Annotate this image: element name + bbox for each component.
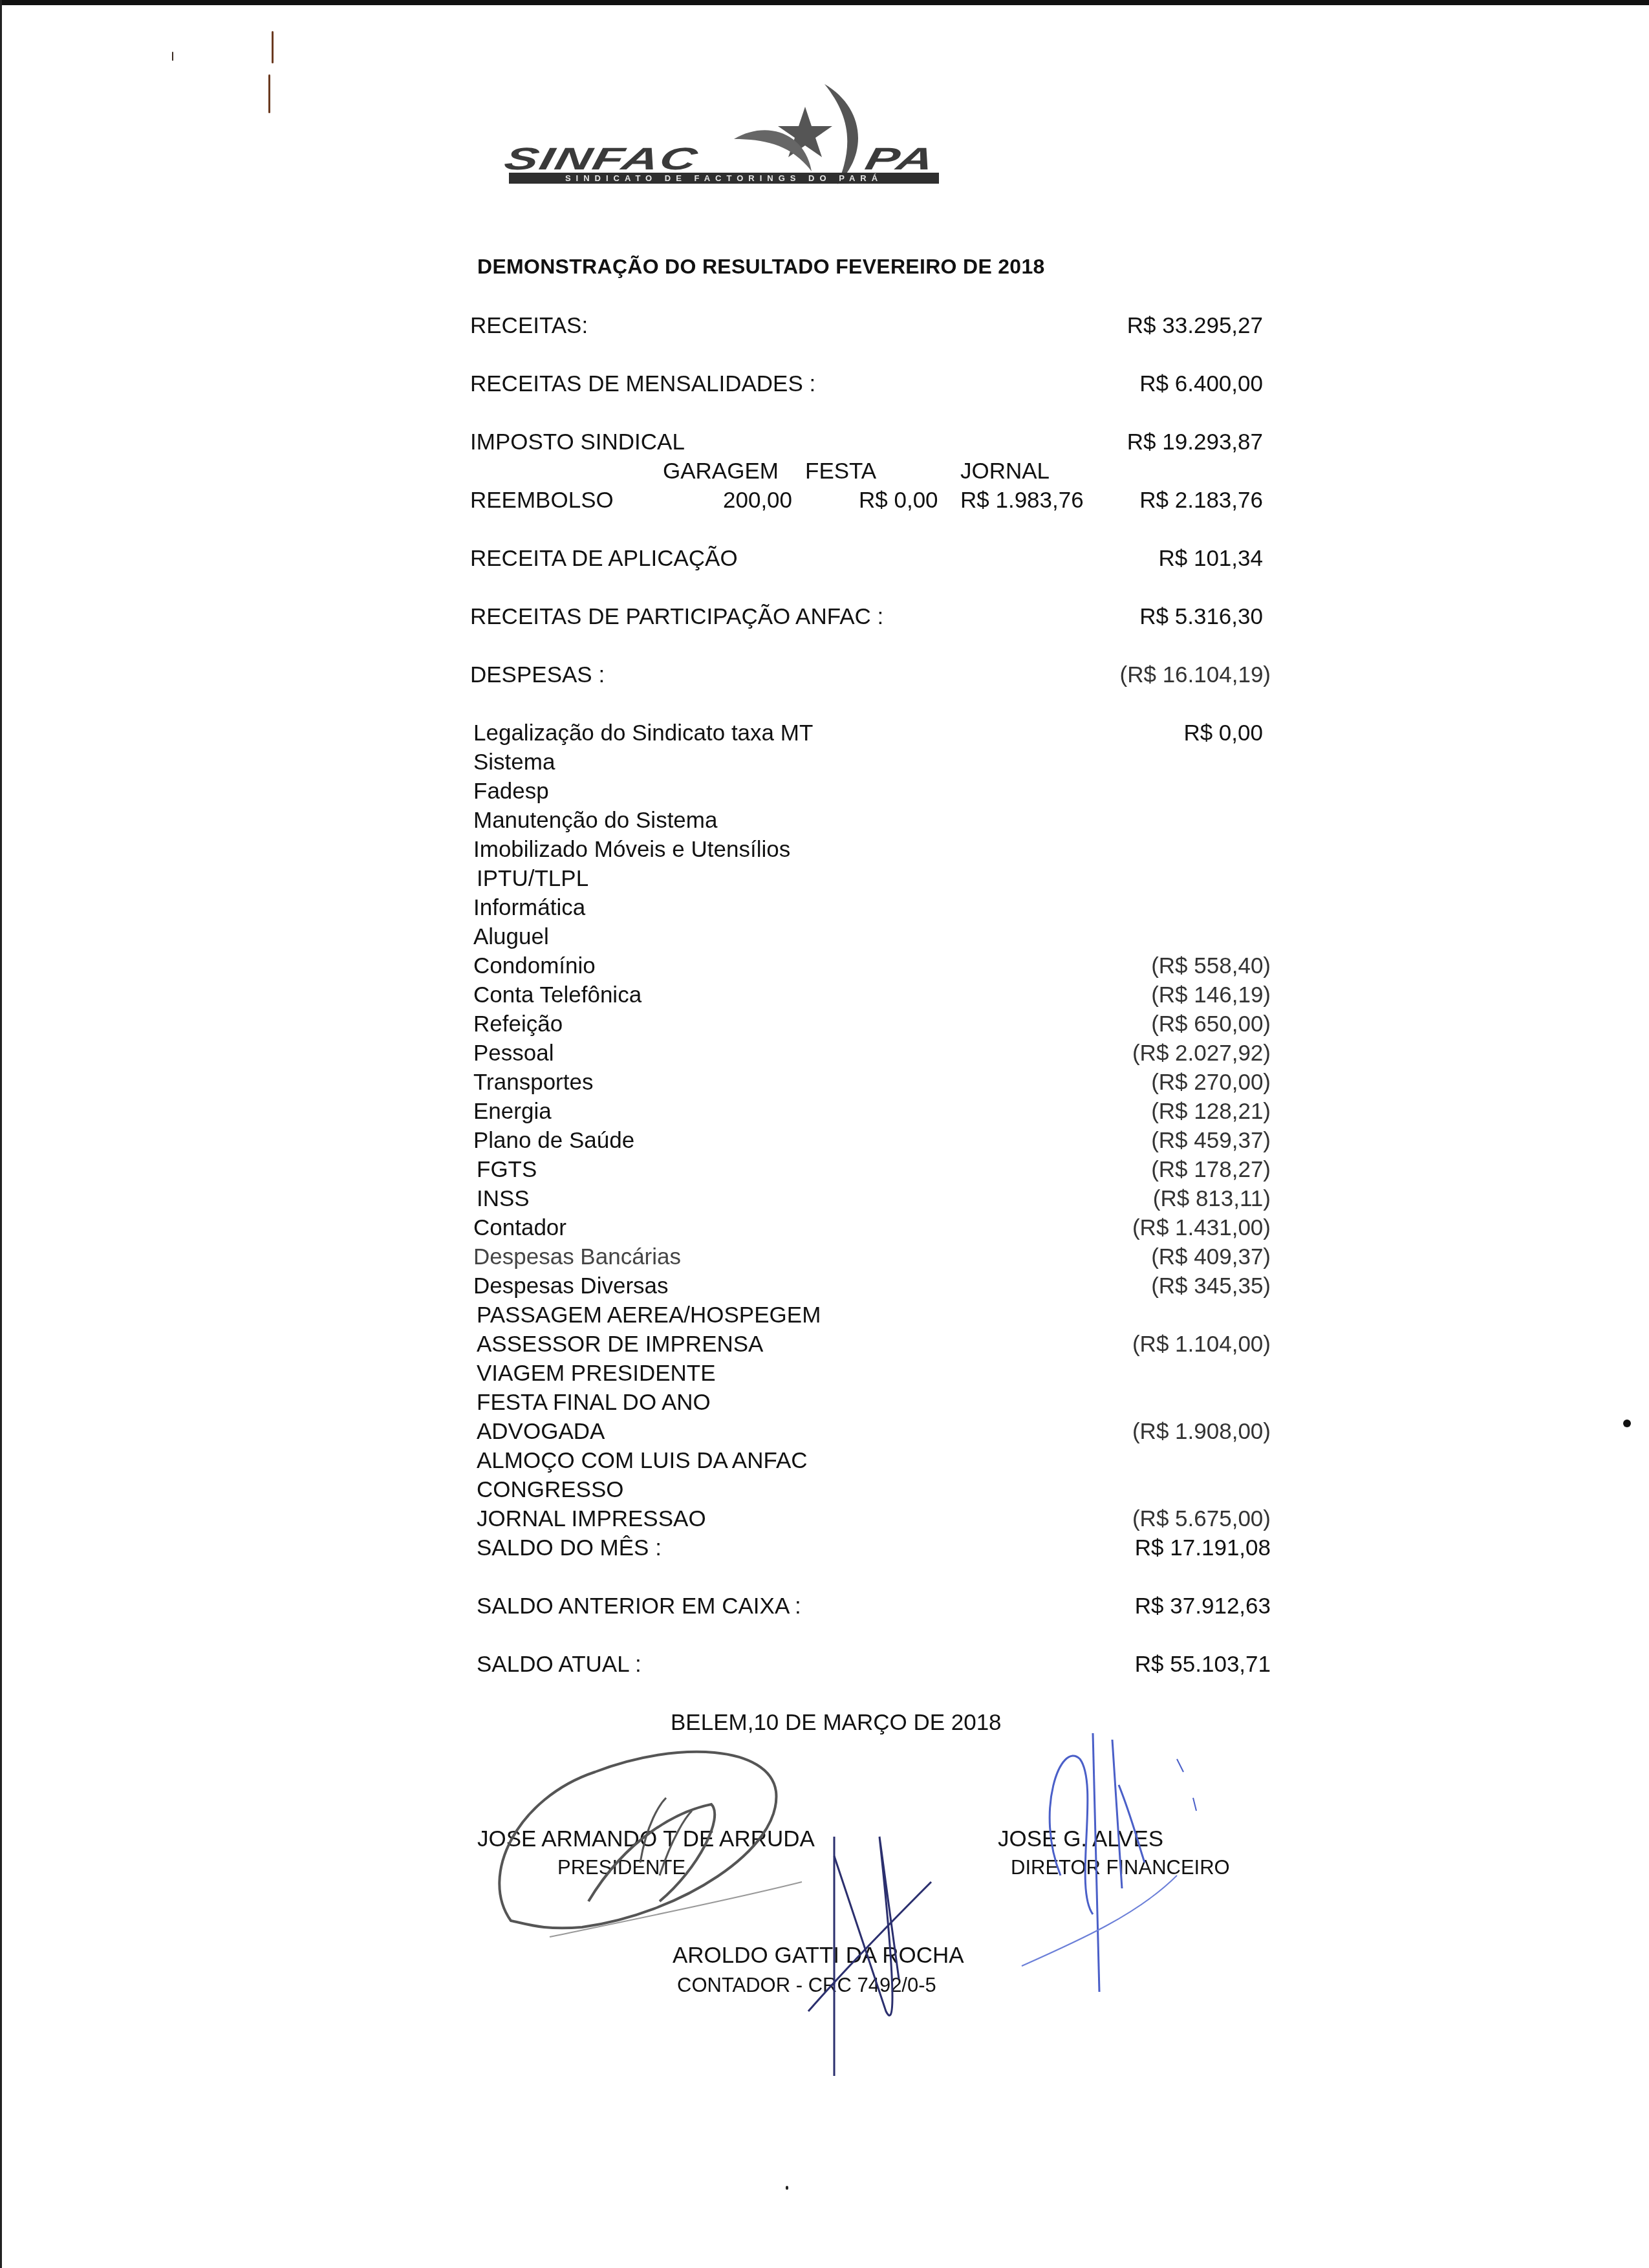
receitas-value: R$ 33.295,27	[1127, 313, 1263, 339]
expense-label: Despesas Diversas	[473, 1273, 669, 1299]
expense-label: JORNAL IMPRESSAO	[477, 1506, 706, 1532]
expense-value: R$ 0,00	[1183, 720, 1263, 746]
expense-label: Imobilizado Móveis e Utensílios	[473, 837, 790, 863]
scan-speck	[172, 52, 173, 61]
aplicacao-label: RECEITA DE APLICAÇÃO	[470, 546, 738, 572]
aplicacao-row: RECEITA DE APLICAÇÃO R$ 101,34	[0, 546, 1649, 574]
reembolso-label: REEMBOLSO	[470, 488, 614, 513]
expense-label: IPTU/TLPL	[477, 866, 588, 892]
expense-label: FGTS	[477, 1157, 537, 1183]
expense-value: (R$ 813,11)	[1153, 1186, 1271, 1212]
expense-value: (R$ 409,37)	[1151, 1244, 1271, 1270]
signatory-finance-name: JOSE G. ALVES	[998, 1826, 1163, 1852]
reembolso-jornal-value: R$ 1.983,76	[960, 488, 1084, 513]
expense-label: CONGRESSO	[477, 1477, 624, 1503]
saldo-atual-value: R$ 55.103,71	[1135, 1652, 1271, 1678]
expense-label: PASSAGEM AEREA/HOSPEGEM	[477, 1302, 821, 1328]
expense-row: Despesas Diversas(R$ 345,35)	[0, 1273, 1649, 1302]
place-date: BELEM,10 DE MARÇO DE 2018	[671, 1710, 1002, 1736]
expense-value: (R$ 650,00)	[1151, 1011, 1271, 1037]
signatory-president-role: PRESIDENTE	[557, 1856, 685, 1879]
expense-row: Despesas Bancárias(R$ 409,37)	[0, 1244, 1649, 1273]
despesas-total-row: DESPESAS : (R$ 16.104,19)	[0, 662, 1649, 691]
expense-row: Condomínio(R$ 558,40)	[0, 953, 1649, 982]
expense-label: VIAGEM PRESIDENTE	[477, 1361, 716, 1387]
expense-row: IPTU/TLPL	[0, 866, 1649, 894]
imposto-sindical-label: IMPOSTO SINDICAL	[470, 429, 685, 455]
expense-value: (R$ 146,19)	[1151, 982, 1271, 1008]
expense-value: (R$ 1.104,00)	[1132, 1332, 1271, 1357]
expense-label: Conta Telefônica	[473, 982, 641, 1008]
despesas-value: (R$ 16.104,19)	[1120, 662, 1271, 688]
expense-row: Contador(R$ 1.431,00)	[0, 1215, 1649, 1244]
expense-row: Pessoal(R$ 2.027,92)	[0, 1041, 1649, 1069]
expense-row: Fadesp	[0, 779, 1649, 807]
expense-row: Aluguel	[0, 924, 1649, 953]
participacao-anfac-value: R$ 5.316,30	[1139, 604, 1263, 630]
participacao-anfac-row: RECEITAS DE PARTICIPAÇÃO ANFAC : R$ 5.31…	[0, 604, 1649, 632]
expense-row: Energia(R$ 128,21)	[0, 1099, 1649, 1127]
scan-speck	[786, 2186, 788, 2190]
reembolso-header-festa: FESTA	[805, 459, 876, 484]
expense-row: Imobilizado Móveis e Utensílios	[0, 837, 1649, 865]
expense-value: (R$ 128,21)	[1151, 1099, 1271, 1125]
expense-label: Pessoal	[473, 1041, 554, 1066]
signatory-accountant-name: AROLDO GATTI DA ROCHA	[673, 1943, 964, 1969]
expense-row: CONGRESSO	[0, 1477, 1649, 1506]
sinfac-logo: SINFAC PA SINDICATO DE FACTORINGS DO PAR…	[501, 81, 954, 191]
expense-value: (R$ 345,35)	[1151, 1273, 1271, 1299]
reembolso-row: REEMBOLSO 200,00 R$ 0,00 R$ 1.983,76 R$ …	[0, 488, 1649, 516]
expense-row: JORNAL IMPRESSAO(R$ 5.675,00)	[0, 1506, 1649, 1535]
expense-value: (R$ 178,27)	[1151, 1157, 1271, 1183]
expense-value: (R$ 459,37)	[1151, 1128, 1271, 1154]
saldo-atual-label: SALDO ATUAL :	[477, 1652, 641, 1678]
imposto-sindical-value: R$ 19.293,87	[1127, 429, 1263, 455]
signatory-accountant-role: CONTADOR - CRC 7492/0-5	[677, 1974, 936, 1997]
expense-row: PASSAGEM AEREA/HOSPEGEM	[0, 1302, 1649, 1331]
saldo-anterior-row: SALDO ANTERIOR EM CAIXA : R$ 37.912,63	[0, 1593, 1649, 1622]
expense-value: (R$ 270,00)	[1151, 1070, 1271, 1096]
expense-label: Legalização do Sindicato taxa MT	[473, 720, 813, 746]
aplicacao-value: R$ 101,34	[1158, 546, 1263, 572]
saldo-mes-label: SALDO DO MÊS :	[477, 1535, 662, 1561]
expense-row: Informática	[0, 895, 1649, 923]
expense-row: Manutenção do Sistema	[0, 808, 1649, 836]
expense-row: FGTS(R$ 178,27)	[0, 1157, 1649, 1185]
expense-label: Fadesp	[473, 779, 549, 805]
logo-tagline: SINDICATO DE FACTORINGS DO PARÁ	[509, 173, 939, 184]
expense-row: ASSESSOR DE IMPRENSA(R$ 1.104,00)	[0, 1332, 1649, 1360]
expense-label: Contador	[473, 1215, 566, 1241]
saldo-anterior-label: SALDO ANTERIOR EM CAIXA :	[477, 1593, 801, 1619]
expense-label: Sistema	[473, 750, 555, 775]
expense-label: Plano de Saúde	[473, 1128, 634, 1154]
saldo-mes-value: R$ 17.191,08	[1135, 1535, 1271, 1561]
expense-row: FESTA FINAL DO ANO	[0, 1390, 1649, 1418]
receitas-total-row: RECEITAS: R$ 33.295,27	[0, 313, 1649, 341]
document-title: DEMONSTRAÇÃO DO RESULTADO FEVEREIRO DE 2…	[477, 255, 1045, 279]
expense-label: Informática	[473, 895, 585, 921]
saldo-anterior-value: R$ 37.912,63	[1135, 1593, 1271, 1619]
expense-label: Aluguel	[473, 924, 549, 950]
reembolso-header-garagem: GARAGEM	[663, 459, 779, 484]
expense-row: Sistema	[0, 750, 1649, 778]
reembolso-festa-value: R$ 0,00	[859, 488, 938, 513]
expense-label: Manutenção do Sistema	[473, 808, 717, 834]
scan-speck	[268, 74, 270, 113]
expense-value: (R$ 1.431,00)	[1132, 1215, 1271, 1241]
expense-label: FESTA FINAL DO ANO	[477, 1390, 711, 1416]
reembolso-header-jornal: JORNAL	[960, 459, 1050, 484]
expense-value: (R$ 5.675,00)	[1132, 1506, 1271, 1532]
mensalidades-value: R$ 6.400,00	[1139, 371, 1263, 397]
expense-label: Energia	[473, 1099, 552, 1125]
saldo-atual-row: SALDO ATUAL : R$ 55.103,71	[0, 1652, 1649, 1680]
saldo-mes-row: SALDO DO MÊS : R$ 17.191,08	[0, 1535, 1649, 1564]
expense-value: (R$ 558,40)	[1151, 953, 1271, 979]
participacao-anfac-label: RECEITAS DE PARTICIPAÇÃO ANFAC :	[470, 604, 883, 630]
reembolso-total-value: R$ 2.183,76	[1139, 488, 1263, 513]
expense-row: Transportes(R$ 270,00)	[0, 1070, 1649, 1098]
mensalidades-label: RECEITAS DE MENSALIDADES :	[470, 371, 815, 397]
expense-label: ALMOÇO COM LUIS DA ANFAC	[477, 1448, 808, 1474]
expense-label: INSS	[477, 1186, 530, 1212]
logo-name-right: PA	[862, 140, 939, 177]
expense-label: ASSESSOR DE IMPRENSA	[477, 1332, 763, 1357]
reembolso-garagem-value: 200,00	[723, 488, 792, 513]
expense-row: ADVOGADA(R$ 1.908,00)	[0, 1419, 1649, 1447]
expense-label: Refeição	[473, 1011, 563, 1037]
expense-label: Transportes	[473, 1070, 593, 1096]
expense-row: ALMOÇO COM LUIS DA ANFAC	[0, 1448, 1649, 1476]
expense-label: ADVOGADA	[477, 1419, 605, 1445]
expense-value: (R$ 1.908,00)	[1132, 1419, 1271, 1445]
expense-row: Legalização do Sindicato taxa MTR$ 0,00	[0, 720, 1649, 749]
despesas-label: DESPESAS :	[470, 662, 605, 688]
mensalidades-row: RECEITAS DE MENSALIDADES : R$ 6.400,00	[0, 371, 1649, 400]
expense-row: INSS(R$ 813,11)	[0, 1186, 1649, 1215]
expense-row: Refeição(R$ 650,00)	[0, 1011, 1649, 1040]
expense-row: Conta Telefônica(R$ 146,19)	[0, 982, 1649, 1011]
expense-label: Condomínio	[473, 953, 596, 979]
signatory-finance-role: DIRETOR FINANCEIRO	[1011, 1856, 1230, 1879]
expense-row: Plano de Saúde(R$ 459,37)	[0, 1128, 1649, 1156]
imposto-sindical-row: IMPOSTO SINDICAL R$ 19.293,87	[0, 429, 1649, 458]
expense-row: VIAGEM PRESIDENTE	[0, 1361, 1649, 1389]
scan-speck	[272, 31, 274, 63]
logo-name-left: SINFAC	[501, 140, 702, 177]
expense-value: (R$ 2.027,92)	[1132, 1041, 1271, 1066]
scan-border-top	[0, 0, 1649, 5]
receitas-label: RECEITAS:	[470, 313, 588, 339]
expense-label: Despesas Bancárias	[473, 1244, 681, 1270]
signatory-president-name: JOSE ARMANDO T DE ARRUDA	[477, 1826, 815, 1852]
